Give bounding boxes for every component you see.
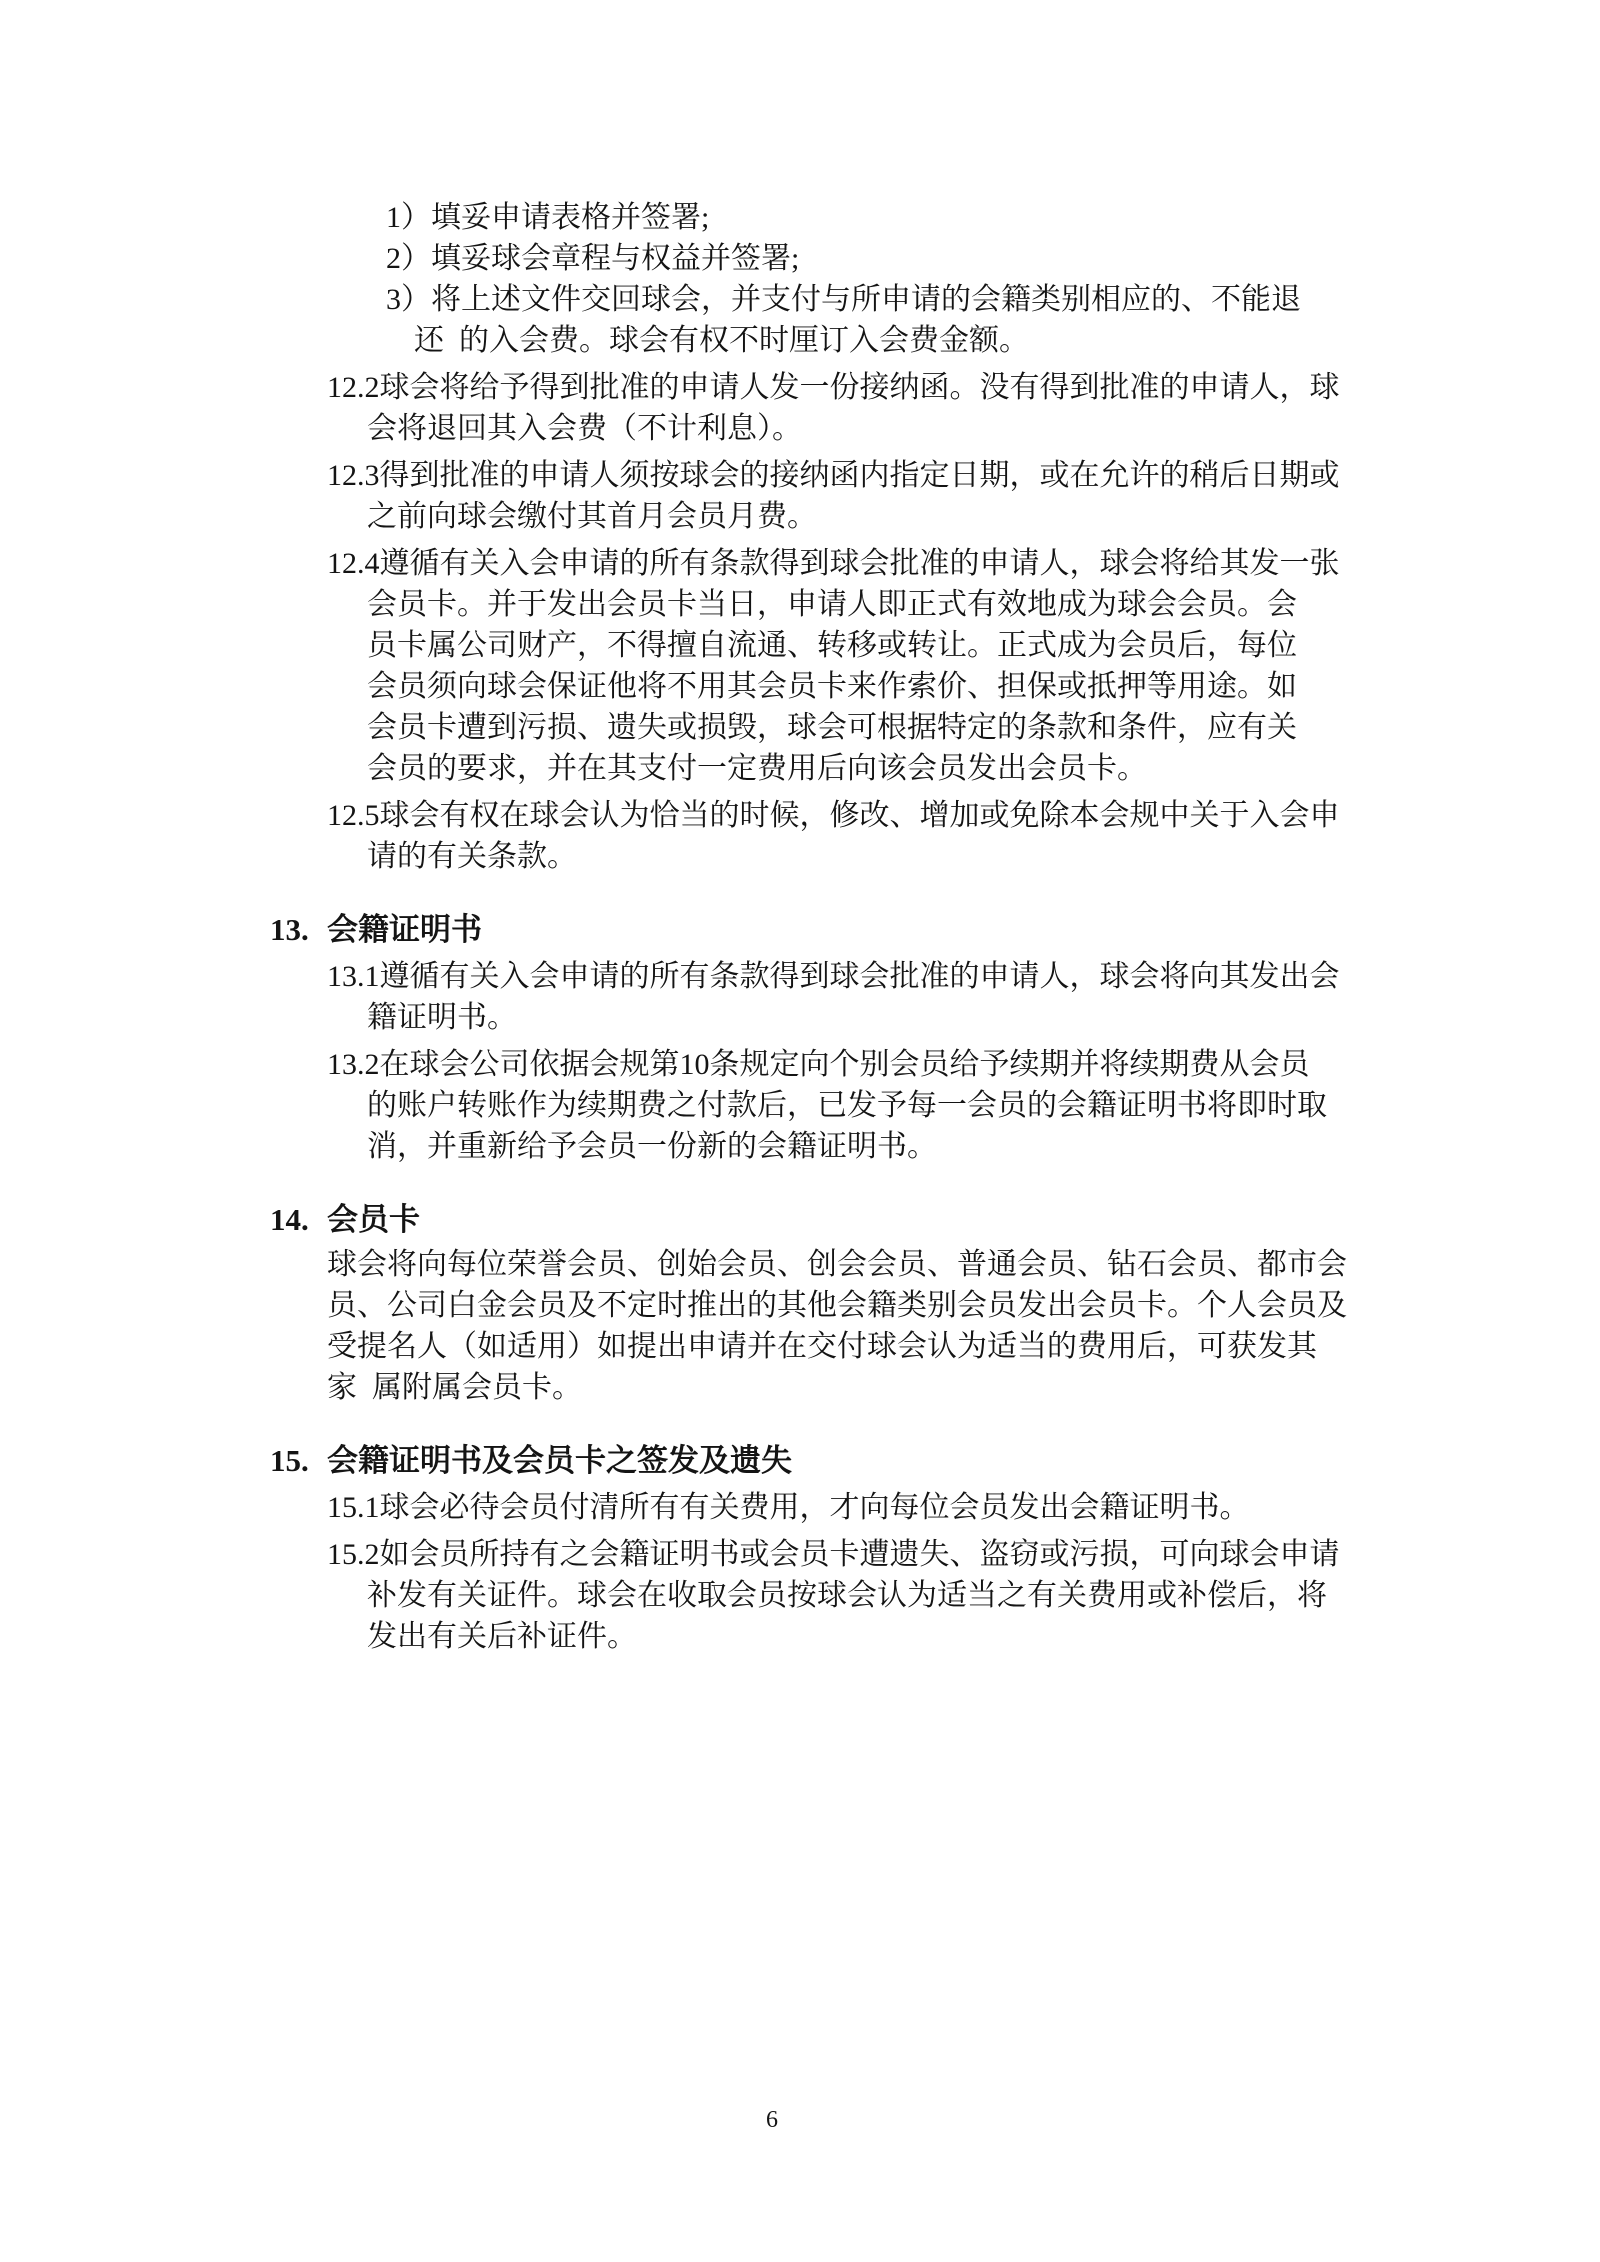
clause: 15.2如会员所持有之会籍证明书或会员卡遭遗失、盗窃或污损，可向球会申请补发有关… xyxy=(327,1534,1600,1657)
item-marker: 12.5 xyxy=(327,799,380,832)
text-line: 12.4遵循有关入会申请的所有条款得到球会批准的申请人，球会将给其发一张 xyxy=(327,543,1600,584)
item-marker: 13.1 xyxy=(327,960,380,993)
sub-list-item: 3）将上述文件交回球会，并支付与所申请的会籍类别相应的、不能退还 的入会费。球会… xyxy=(386,279,1600,361)
text-line: 15.2如会员所持有之会籍证明书或会员卡遭遗失、盗窃或污损，可向球会申请 xyxy=(327,1534,1600,1575)
section-heading: 14.会员卡 xyxy=(270,1199,1600,1240)
clause: 13.2在球会公司依据会规第10条规定向个别会员给予续期并将续期费从会员的账户转… xyxy=(327,1044,1600,1167)
text-line: 2）填妥球会章程与权益并签署; xyxy=(386,238,1600,279)
paragraph: 球会将向每位荣誉会员、创始会员、创会会员、普通会员、钻石会员、都市会员、公司白金… xyxy=(327,1244,1600,1408)
clause: 15.1球会必待会员付清所有有关费用，才向每位会员发出会籍证明书。 xyxy=(327,1487,1600,1528)
clause: 13.1遵循有关入会申请的所有条款得到球会批准的申请人，球会将向其发出会籍证明书… xyxy=(327,956,1600,1038)
section-number: 13. xyxy=(270,909,327,950)
clause: 12.2球会将给予得到批准的申请人发一份接纳函。没有得到批准的申请人，球会将退回… xyxy=(327,367,1600,449)
text-line: 家 属附属会员卡。 xyxy=(327,1367,1600,1408)
text-line: 受提名人（如适用）如提出申请并在交付球会认为适当的费用后，可获发其 xyxy=(327,1326,1600,1367)
text-line: 会员卡。并于发出会员卡当日，申请人即正式有效地成为球会会员。会 xyxy=(327,584,1600,625)
text-line: 的账户转账作为续期费之付款后，已发予每一会员的会籍证明书将即时取 xyxy=(327,1085,1600,1126)
item-marker: 12.3 xyxy=(327,459,380,492)
text-line: 补发有关证件。球会在收取会员按球会认为适当之有关费用或补偿后，将 xyxy=(327,1575,1600,1616)
text-line: 12.2球会将给予得到批准的申请人发一份接纳函。没有得到批准的申请人，球 xyxy=(327,367,1600,408)
item-marker: 15.1 xyxy=(327,1491,380,1524)
text-line: 请的有关条款。 xyxy=(327,836,1600,877)
section-number: 15. xyxy=(270,1440,327,1481)
item-marker: 2） xyxy=(386,242,431,275)
text-line: 15.1球会必待会员付清所有有关费用，才向每位会员发出会籍证明书。 xyxy=(327,1487,1600,1528)
item-marker: 1） xyxy=(386,201,431,234)
text-line: 员、公司白金会员及不定时推出的其他会籍类别会员发出会员卡。个人会员及 xyxy=(327,1285,1600,1326)
section-title: 会员卡 xyxy=(327,1202,420,1237)
text-line: 13.2在球会公司依据会规第10条规定向个别会员给予续期并将续期费从会员 xyxy=(327,1044,1600,1085)
document-page: 1）填妥申请表格并签署;2）填妥球会章程与权益并签署;3）将上述文件交回球会，并… xyxy=(0,0,1600,2262)
text-line: 籍证明书。 xyxy=(327,997,1600,1038)
section-title: 会籍证明书及会员卡之签发及遗失 xyxy=(327,1443,792,1478)
text-line: 还 的入会费。球会有权不时厘订入会费金额。 xyxy=(386,320,1600,361)
text-line: 会员卡遭到污损、遗失或损毁，球会可根据特定的条款和条件，应有关 xyxy=(327,707,1600,748)
item-marker: 3） xyxy=(386,283,431,316)
document-body: 1）填妥申请表格并签署;2）填妥球会章程与权益并签署;3）将上述文件交回球会，并… xyxy=(0,197,1600,1657)
clause: 12.4遵循有关入会申请的所有条款得到球会批准的申请人，球会将给其发一张会员卡。… xyxy=(327,543,1600,789)
text-line: 12.5球会有权在球会认为恰当的时候，修改、增加或免除本会规中关于入会申 xyxy=(327,795,1600,836)
text-line: 会将退回其入会费（不计利息）。 xyxy=(327,408,1600,449)
text-line: 13.1遵循有关入会申请的所有条款得到球会批准的申请人，球会将向其发出会 xyxy=(327,956,1600,997)
page-number: 6 xyxy=(766,2106,778,2134)
item-marker: 15.2 xyxy=(327,1538,380,1571)
sub-list-item: 2）填妥球会章程与权益并签署; xyxy=(386,238,1600,279)
text-line: 会员的要求，并在其支付一定费用后向该会员发出会员卡。 xyxy=(327,748,1600,789)
text-line: 3）将上述文件交回球会，并支付与所申请的会籍类别相应的、不能退 xyxy=(386,279,1600,320)
text-line: 会员须向球会保证他将不用其会员卡来作索价、担保或抵押等用途。如 xyxy=(327,666,1600,707)
sub-list-item: 1）填妥申请表格并签署; xyxy=(386,197,1600,238)
clause: 12.3得到批准的申请人须按球会的接纳函内指定日期，或在允许的稍后日期或之前向球… xyxy=(327,455,1600,537)
section-heading: 13.会籍证明书 xyxy=(270,909,1600,950)
text-line: 1）填妥申请表格并签署; xyxy=(386,197,1600,238)
text-line: 员卡属公司财产，不得擅自流通、转移或转让。正式成为会员后，每位 xyxy=(327,625,1600,666)
text-line: 消，并重新给予会员一份新的会籍证明书。 xyxy=(327,1126,1600,1167)
item-marker: 12.2 xyxy=(327,371,380,404)
text-line: 12.3得到批准的申请人须按球会的接纳函内指定日期，或在允许的稍后日期或 xyxy=(327,455,1600,496)
section-heading: 15.会籍证明书及会员卡之签发及遗失 xyxy=(270,1440,1600,1481)
text-line: 之前向球会缴付其首月会员月费。 xyxy=(327,496,1600,537)
item-marker: 12.4 xyxy=(327,547,380,580)
clause: 12.5球会有权在球会认为恰当的时候，修改、增加或免除本会规中关于入会申请的有关… xyxy=(327,795,1600,877)
section-title: 会籍证明书 xyxy=(327,912,482,947)
text-line: 发出有关后补证件。 xyxy=(327,1616,1600,1657)
section-number: 14. xyxy=(270,1199,327,1240)
item-marker: 13.2 xyxy=(327,1048,380,1081)
text-line: 球会将向每位荣誉会员、创始会员、创会会员、普通会员、钻石会员、都市会 xyxy=(327,1244,1600,1285)
